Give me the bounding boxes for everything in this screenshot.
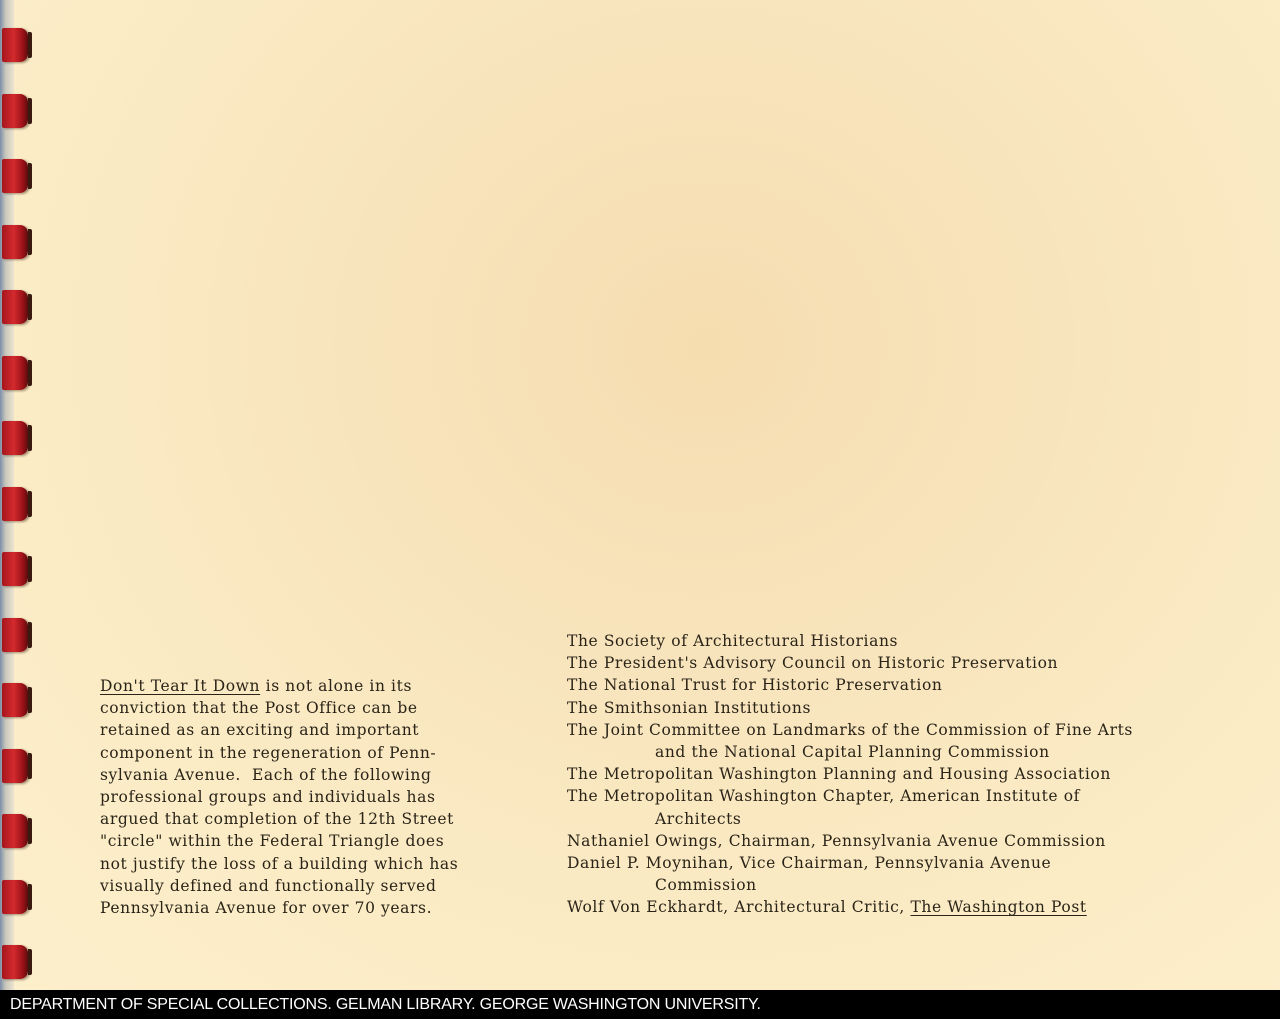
paragraph-line: retained as an exciting and important <box>100 719 530 741</box>
scanned-page: Don't Tear It Down is not alone in its c… <box>0 0 1280 990</box>
paragraph-line: conviction that the Post Office can be <box>100 697 530 719</box>
paragraph-line: component in the regeneration of Penn- <box>100 742 530 764</box>
supporter-entry: The Metropolitan Washington Chapter, Ame… <box>567 785 1267 807</box>
archive-credit-footer: DEPARTMENT OF SPECIAL COLLECTIONS. GELMA… <box>0 990 1280 1019</box>
binding-ring <box>2 552 28 586</box>
binding-ring <box>2 28 28 62</box>
paragraph-line: not justify the loss of a building which… <box>100 853 530 875</box>
publication-name: The Washington Post <box>910 898 1086 916</box>
paragraph-line: professional groups and individuals has <box>100 786 530 808</box>
binding-ring <box>2 683 28 717</box>
paragraph-line: Don't Tear It Down is not alone in its <box>100 675 530 697</box>
paragraph-line: visually defined and functionally served <box>100 875 530 897</box>
supporter-entry: Daniel P. Moynihan, Vice Chairman, Penns… <box>567 852 1267 874</box>
binding-ring <box>2 487 28 521</box>
supporter-entry: Nathaniel Owings, Chairman, Pennsylvania… <box>567 830 1267 852</box>
paragraph-line: argued that completion of the 12th Stree… <box>100 808 530 830</box>
paragraph-line: sylvania Avenue. Each of the following <box>100 764 530 786</box>
binding-ring <box>2 225 28 259</box>
supporter-entry-continuation: Commission <box>567 874 1267 896</box>
supporter-entry: The Joint Committee on Landmarks of the … <box>567 719 1267 741</box>
binding-ring <box>2 356 28 390</box>
binding-ring <box>2 749 28 783</box>
binding-ring <box>2 159 28 193</box>
binding-ring <box>2 618 28 652</box>
supporter-entry: The Smithsonian Institutions <box>567 697 1267 719</box>
supporter-entry-continuation: Architects <box>567 808 1267 830</box>
binding-ring <box>2 945 28 979</box>
supporter-entry: The Society of Architectural Historians <box>567 630 1267 652</box>
supporters-list: The Society of Architectural HistoriansT… <box>567 630 1267 919</box>
supporter-entry-continuation: and the National Capital Planning Commis… <box>567 741 1267 763</box>
spiral-binding <box>0 0 40 990</box>
paragraph-line: "circle" within the Federal Triangle doe… <box>100 830 530 852</box>
supporter-entry: Wolf Von Eckhardt, Architectural Critic,… <box>567 896 1267 918</box>
binding-ring <box>2 421 28 455</box>
binding-ring <box>2 94 28 128</box>
binding-ring <box>2 290 28 324</box>
publication-title: Don't Tear It Down <box>100 677 260 695</box>
supporter-entry: The Metropolitan Washington Planning and… <box>567 763 1267 785</box>
binding-ring <box>2 814 28 848</box>
supporter-entry: The National Trust for Historic Preserva… <box>567 674 1267 696</box>
binding-ring <box>2 880 28 914</box>
intro-paragraph: Don't Tear It Down is not alone in its c… <box>100 675 530 919</box>
paragraph-line: Pennsylvania Avenue for over 70 years. <box>100 897 530 919</box>
supporter-entry: The President's Advisory Council on Hist… <box>567 652 1267 674</box>
